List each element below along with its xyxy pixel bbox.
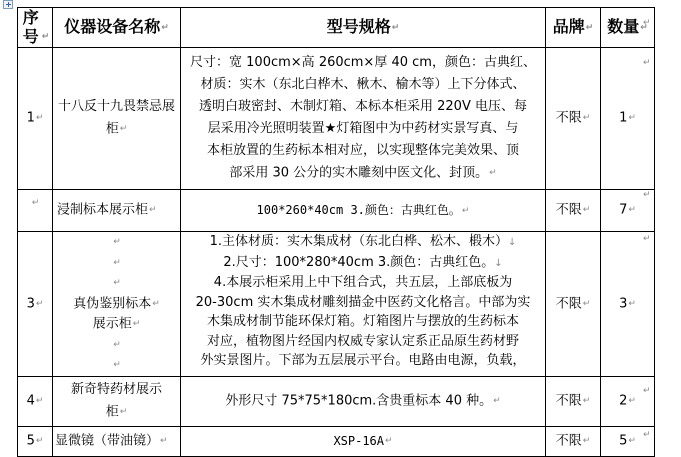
cell-index: 5↵ bbox=[18, 426, 53, 456]
cell-index: 4↵ bbox=[18, 376, 53, 426]
spec-line: 本柜放置的生药标本相对应，以实现整体完美效果、顶 bbox=[187, 140, 539, 162]
end-of-row-mark: ↵ bbox=[643, 190, 651, 200]
end-of-row-mark: ↵ bbox=[643, 430, 651, 440]
table-header-row: 序号↵ 仪器设备名称↵ 型号规格↵ 品牌↵ 数量↵ bbox=[18, 8, 655, 48]
spec-line: 1.主体材质：实木集成材（东北白桦、松木、椴木）↓ bbox=[187, 232, 539, 253]
cell-brand: 不限↵ bbox=[546, 190, 601, 232]
spec-line: 木集成材制节能环保灯箱。灯箱图片与摆放的生药标本 bbox=[187, 312, 539, 332]
header-index: 序号↵ bbox=[18, 8, 53, 48]
header-name: 仪器设备名称↵ bbox=[53, 8, 181, 48]
cell-brand: 不限↵ bbox=[546, 48, 601, 190]
cell-qty: 3↵ bbox=[601, 232, 655, 377]
table-row: 5↵ 显微镜（带油镜）↵ XSP-16A↵ 不限↵ 5↵ bbox=[18, 426, 655, 456]
cell-spec: XSP-16A↵ bbox=[181, 426, 546, 456]
cell-name: 新奇特药材展示 柜↵ bbox=[53, 376, 181, 426]
cell-spec: 1.主体材质：实木集成材（东北白桦、松木、椴木）↓ 2.尺寸：100*280*4… bbox=[181, 232, 546, 377]
spec-line: 2.尺寸：100*280*40cm 3.颜色：古典红色。↓ bbox=[187, 253, 539, 274]
table-move-handle-icon[interactable] bbox=[3, 0, 13, 9]
cell-spec: 100*260*40cm 3.颜色：古典红色。↵ bbox=[181, 190, 546, 232]
spec-line: 尺寸：宽 100cm×高 260cm×厚 40 cm，颜色：古典红、 bbox=[187, 52, 539, 74]
cell-index: 3↵ bbox=[18, 232, 53, 377]
table-row: 3↵ ↵ ↵ ↵ 真伪鉴别标本↵ 展示柜↵ ↵ ↵ 1.主体材质：实木集成材（东… bbox=[18, 232, 655, 377]
cell-spec: 尺寸：宽 100cm×高 260cm×厚 40 cm，颜色：古典红、 材质：实木… bbox=[181, 48, 546, 190]
spec-line: 材质：实木（东北白桦木、楸木、榆木等）上下分体式、 bbox=[187, 74, 539, 96]
end-of-row-mark: ↵ bbox=[643, 18, 651, 28]
cell-qty: 2↵ bbox=[601, 376, 655, 426]
spec-line: 对应，植物图片经国内权威专家认定系正品原生药材野 bbox=[187, 332, 539, 352]
spec-line: 外实景图片。下部为五层展示平台。电路由电源，负载， bbox=[187, 351, 539, 371]
spec-line: 20-30cm 实木集成材雕刻描金中医药文化格言。中部为实 bbox=[187, 293, 539, 313]
cell-name: 浸制标本展示柜↵ bbox=[53, 190, 181, 232]
end-of-row-mark: ↵ bbox=[643, 234, 651, 244]
cell-name: ↵ ↵ ↵ 真伪鉴别标本↵ 展示柜↵ ↵ ↵ bbox=[53, 232, 181, 377]
spec-line: 4.本展示柜采用上中下组合式，共五层，上部底板为 bbox=[187, 273, 539, 293]
spec-line: 透明白玻密封、木制灯箱、本标本柜采用 220V 电压、每 bbox=[187, 96, 539, 118]
cell-qty: 1↵ bbox=[601, 48, 655, 190]
equipment-table: 序号↵ 仪器设备名称↵ 型号规格↵ 品牌↵ 数量↵ 1↵ 十八反十九畏禁忌展柜↵… bbox=[17, 7, 655, 457]
end-of-row-mark: ↵ bbox=[643, 58, 651, 68]
cell-name: 十八反十九畏禁忌展柜↵ bbox=[53, 48, 181, 190]
cell-brand: 不限↵ bbox=[546, 376, 601, 426]
header-spec: 型号规格↵ bbox=[181, 8, 546, 48]
cell-spec: 外形尺寸 75*75*180cm.含贵重标本 40 种。↵ bbox=[181, 376, 546, 426]
header-brand: 品牌↵ bbox=[546, 8, 601, 48]
cell-brand: 不限↵ bbox=[546, 426, 601, 456]
cell-brand: 不限↵ bbox=[546, 232, 601, 377]
spec-line: 层采用冷光照明装置★灯箱图中为中药材实景写真、与 bbox=[187, 118, 539, 140]
table-row: ↵ 浸制标本展示柜↵ 100*260*40cm 3.颜色：古典红色。↵ 不限↵ … bbox=[18, 190, 655, 232]
table-row: 1↵ 十八反十九畏禁忌展柜↵ 尺寸：宽 100cm×高 260cm×厚 40 c… bbox=[18, 48, 655, 190]
cell-index: 1↵ bbox=[18, 48, 53, 190]
spec-line: 部采用 30 公分的实木雕刻中医文化、封顶。↵ bbox=[187, 162, 539, 185]
cell-index: ↵ bbox=[18, 190, 53, 232]
cell-name: 显微镜（带油镜）↵ bbox=[53, 426, 181, 456]
end-of-row-mark: ↵ bbox=[643, 386, 651, 396]
table-row: 4↵ 新奇特药材展示 柜↵ 外形尺寸 75*75*180cm.含贵重标本 40 … bbox=[18, 376, 655, 426]
